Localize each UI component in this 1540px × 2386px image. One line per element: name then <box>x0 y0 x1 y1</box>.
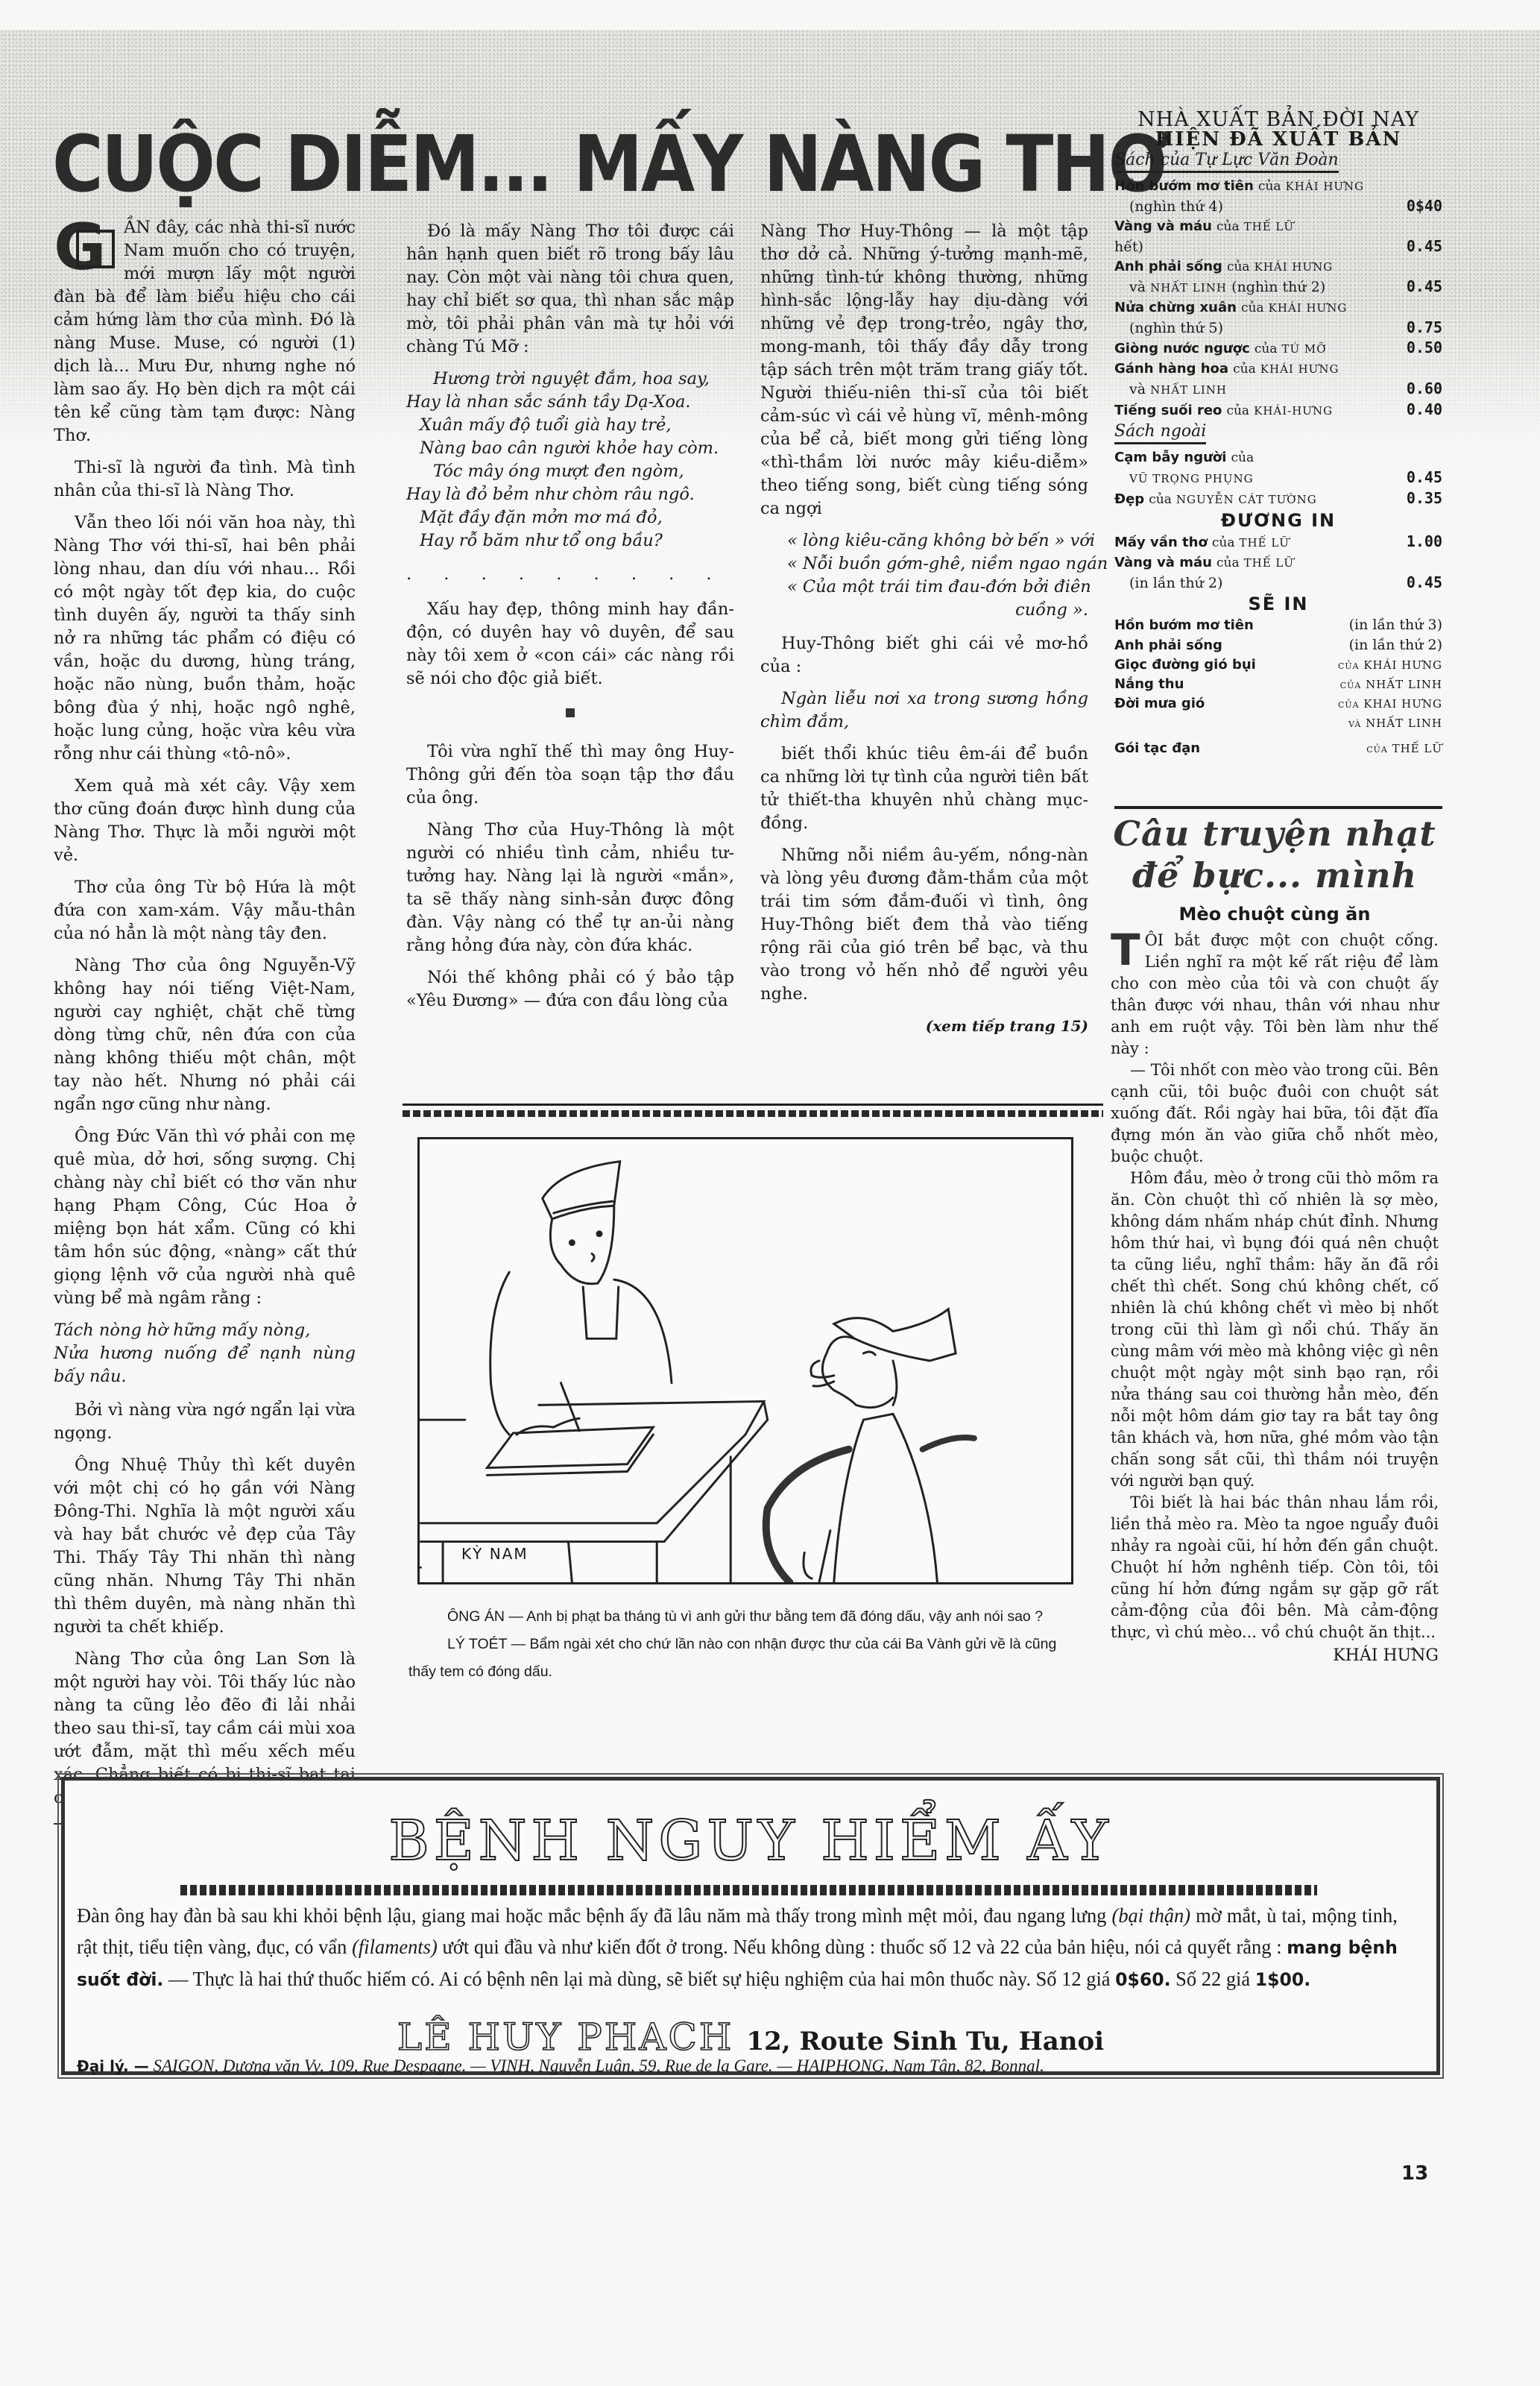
article-paragraph: Nàng Thơ Huy-Thông — là một tập thơ dở c… <box>760 220 1088 520</box>
publisher-name: NHÀ XUẤT BẢN ĐỜI NAY <box>1114 110 1442 130</box>
story-author: KHÁI HƯNG <box>1111 1645 1439 1666</box>
article-paragraph: Xấu hay đẹp, thông minh hay đần-độn, có … <box>406 598 734 690</box>
article-paragraph: Nàng Thơ của Huy-Thông là một người có n… <box>406 819 734 957</box>
ad-body-text: Đàn ông hay đàn bà sau khi khỏi bệnh lậu… <box>77 1900 1398 1995</box>
ad-agents: Đại lý. — SAIGON, Dương văn Vy, 109, Rue… <box>77 2056 1424 2076</box>
article-paragraph: Bởi vì nàng vừa ngớ ngẩn lại vừa ngọng. <box>54 1399 356 1445</box>
price-no12: 0$60. <box>1115 1969 1170 1990</box>
article-paragraph: Thơ của ông Từ bộ Hứa là một đứa con xam… <box>54 876 356 945</box>
dropcap-g: G <box>54 219 113 276</box>
story-paragraph: Hôm đầu, mèo ở trong cũi thò mõm ra ăn. … <box>1111 1168 1439 1492</box>
story-paragraph: TÔI bắt được một con chuột cống. Liền ng… <box>1111 930 1439 1060</box>
poem-tu-mo: Hương trời nguyệt đắm, hoa say, Hay là n… <box>406 368 734 553</box>
article-paragraph: Xem quả mà xét cây. Vậy xem thơ cũng đoá… <box>54 775 356 867</box>
book-entry: Đẹp của NGUYỄN CÁT TƯỜNG0.35 <box>1114 488 1442 509</box>
article-column-2: Đó là mấy Nàng Thơ tôi được cái hân hạnh… <box>406 220 734 1022</box>
book-entry: Gánh hàng hoa của KHÁI HƯNG và NHẤT LINH… <box>1114 359 1442 400</box>
article-paragraph: Ông Đức Văn thì vớ phải con mẹ quê mùa, … <box>54 1125 356 1310</box>
cartoon-caption: ÔNG ÁN — Anh bị phạt ba tháng tù vì anh … <box>408 1603 1064 1686</box>
book-entry: Giọc đường gió bụicủa KHÁI HƯNG <box>1114 655 1442 675</box>
book-entry-cont: và NHẤT LINH <box>1114 714 1442 733</box>
article-paragraph: Đó là mấy Nàng Thơ tôi được cái hân hạnh… <box>406 220 734 359</box>
article-paragraph: G ẦN đây, các nhà thi-sĩ nước Nam muốn c… <box>54 216 356 447</box>
story-paragraph: — Tôi nhốt con mèo vào trong cũi. Bên cạ… <box>1111 1060 1439 1168</box>
cartoon-illustration: KỲ NAM <box>417 1137 1073 1584</box>
article-paragraph: Tôi vừa nghĩ thế thì may ông Huy-Thông g… <box>406 740 734 810</box>
published-heading: HIỆN ĐÃ XUẤT BẢN <box>1114 130 1442 149</box>
poem-line: Ngàn liễu nơi xa trong sương hồng chìm đ… <box>760 687 1088 734</box>
story-subtitle: Mèo chuột cùng ăn <box>1111 904 1439 925</box>
poem-excerpt: Tách nòng hờ hững mấy nòng, Nửa hương nu… <box>54 1319 356 1388</box>
book-entry: Nắng thucủa NHẤT LINH <box>1114 675 1442 694</box>
article-paragraph: Ông Nhuệ Thủy thì kết duyên với một chị … <box>54 1454 356 1639</box>
ellipsis-divider: . . . . . . . . . . . . . . . <box>406 563 734 586</box>
section-other-books: Sách ngoài <box>1114 422 1206 444</box>
article-column-3: Nàng Thơ Huy-Thông — là một tập thơ dở c… <box>760 220 1088 1038</box>
divider-rule <box>1114 806 1442 809</box>
price-no22: 1$00. <box>1255 1969 1310 1990</box>
decorative-border-strip <box>403 1104 1103 1117</box>
ad-brand: LÊ HUY PHACH 12, Route Sinh Tu, Hanoi <box>65 2015 1436 2059</box>
article-paragraph: Huy-Thông biết ghi cái vẻ mơ-hồ của : <box>760 632 1088 679</box>
section-mark <box>406 701 734 724</box>
caption-line-ly-toet: LÝ TOÉT — Bẩm ngài xét cho chứ lần nào c… <box>408 1631 1064 1686</box>
article-paragraph: biết thổi khúc tiêu êm-ái để buồn ca nhữ… <box>760 743 1088 835</box>
article-paragraph: Nàng Thơ của ông Nguyễn-Vỹ không hay nói… <box>54 954 356 1116</box>
section-in-print: ĐƯƠNG IN <box>1114 511 1442 530</box>
book-entry: Anh phải sống của KHÁI HƯNG và NHẤT LINH… <box>1114 256 1442 298</box>
section-forthcoming: SẼ IN <box>1114 594 1442 614</box>
story-paragraph: Tôi biết là hai bác thân nhau lắm rồi, l… <box>1111 1492 1439 1643</box>
book-entry: Cạm bẫy người của VŨ TRỌNG PHỤNG0.45 <box>1114 447 1442 488</box>
cartoonist-signature: KỲ NAM <box>461 1545 528 1563</box>
book-entry: Gói tạc đạncủa THẾ LỮ <box>1114 739 1442 758</box>
book-entry: Nửa chừng xuân của KHÁI HƯNG (nghìn thứ … <box>1114 298 1442 338</box>
book-entry: Vàng và máu của THẾ LỮ (in lần thứ 2)0.4… <box>1114 553 1442 593</box>
story-title: Câu truyện nhạt để bực... mình <box>1111 813 1439 896</box>
ad-headline: BỆNH NGUY HIỂM ẤY <box>65 1807 1436 1875</box>
book-entry: Tiếng suối reo của KHÁI-HƯNG0.40 <box>1114 400 1442 421</box>
book-entry: Đời mưa giócủa KHAI HƯNG <box>1114 694 1442 714</box>
publisher-book-list: NHÀ XUẤT BẢN ĐỜI NAY HIỆN ĐÃ XUẤT BẢN Sá… <box>1114 110 1442 758</box>
book-entry: Anh phải sống(in lần thứ 2) <box>1114 635 1442 655</box>
article-paragraph: Nói thế không phải có ý bảo tập «Yêu Đươ… <box>406 966 734 1013</box>
medicine-advertisement: BỆNH NGUY HIỂM ẤY Đàn ông hay đàn bà sau… <box>61 1777 1440 2075</box>
caption-line-judge: ÔNG ÁN — Anh bị phạt ba tháng tù vì anh … <box>408 1603 1064 1631</box>
book-entry: Mấy vần thơ của THẾ LỮ1.00 <box>1114 532 1442 553</box>
article-column-1: G ẦN đây, các nhà thi-sĩ nước Nam muốn c… <box>54 216 356 1861</box>
article-paragraph: Những nỗi niềm âu-yếm, nồng-nàn và lòng … <box>760 844 1088 1006</box>
page-number: 13 <box>1401 2162 1428 2185</box>
quoted-verse: « lòng kiêu-căng không bờ bến » với « Nỗ… <box>760 529 1088 622</box>
short-story: Câu truyện nhạt để bực... mình Mèo chuột… <box>1111 813 1439 1666</box>
section-tlvd: Sách của Tự Lực Văn Đoàn <box>1114 151 1339 173</box>
cartoon-drawing <box>420 1139 1071 1582</box>
book-entry: Vàng và máu của THẾ LỮ hết)0.45 <box>1114 216 1442 256</box>
continued-link[interactable]: (xem tiếp trang 15) <box>760 1015 1088 1038</box>
article-headline: CUỘC DIỄM... MẤY NÀNG THƠ <box>52 119 1018 209</box>
book-entry: Hồn bướm mơ tiên(in lần thứ 3) <box>1114 615 1442 635</box>
brand-name: LÊ HUY PHACH <box>397 2015 733 2059</box>
book-entry: Hồn bướm mơ tiên của KHÁI HƯNG (nghìn th… <box>1114 176 1442 216</box>
article-paragraph: Thi-sĩ là người đa tình. Mà tình nhân củ… <box>54 456 356 503</box>
dropcap-t: T <box>1111 931 1140 969</box>
article-paragraph: Vẫn theo lối nói văn hoa này, thì Nàng T… <box>54 511 356 766</box>
brand-address: 12, Route Sinh Tu, Hanoi <box>746 2027 1104 2056</box>
book-entry: Giòng nước ngược của TÚ MỠ0.50 <box>1114 338 1442 359</box>
ad-decorative-strip <box>180 1885 1317 1895</box>
